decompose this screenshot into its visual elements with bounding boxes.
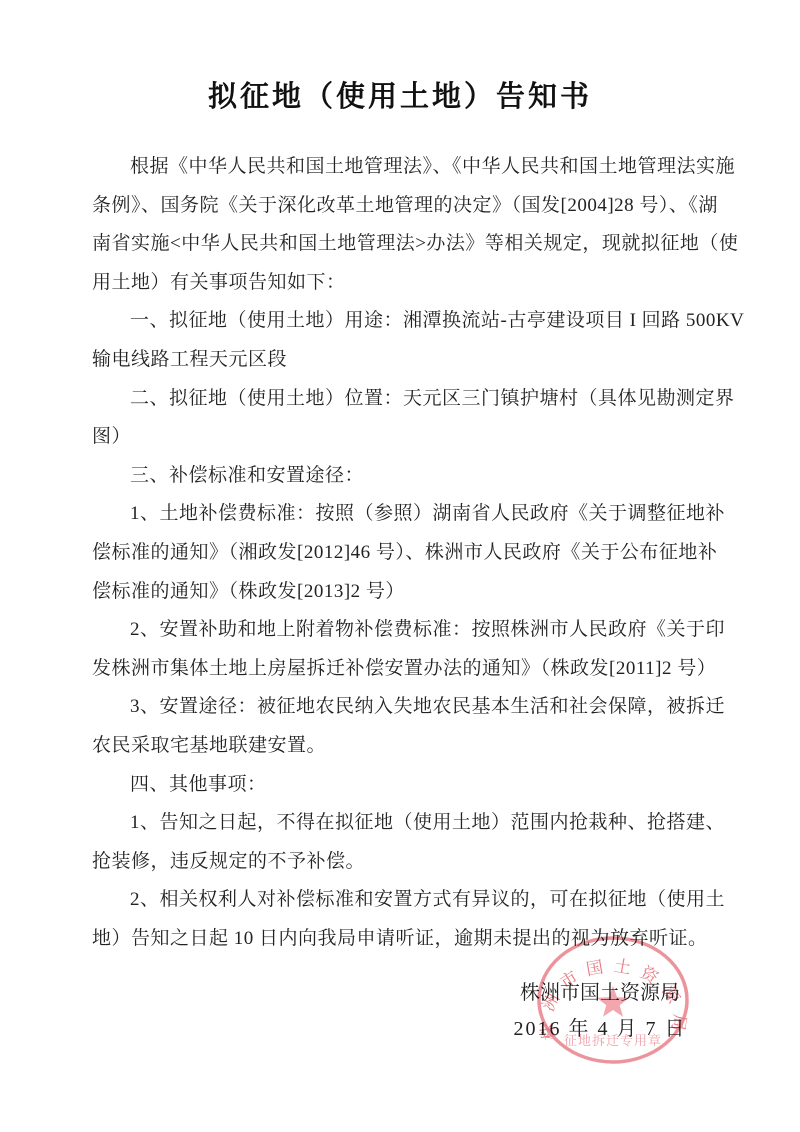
page-title: 拟征地（使用土地）告知书 <box>0 74 800 115</box>
official-seal: 株洲市国土资源局 征地拆迁专用章 <box>523 925 703 1075</box>
body-line: 南省实施<中华人民共和国土地管理法>办法》等相关规定，现就拟征地（使 <box>92 225 712 264</box>
document-page: 拟征地（使用土地）告知书 根据《中华人民共和国土地管理法》、《中华人民共和国土地… <box>0 0 800 1132</box>
body-line: 二、拟征地（使用土地）位置：天元区三门镇护塘村（具体见勘测定界 <box>92 380 712 419</box>
body-line: 根据《中华人民共和国土地管理法》、《中华人民共和国土地管理法实施 <box>92 148 712 187</box>
body-line: 1、告知之日起，不得在拟征地（使用土地）范围内抢栽种、抢搭建、 <box>92 804 712 843</box>
body-line: 抢装修，违反规定的不予补偿。 <box>92 843 712 882</box>
body-line: 3、安置途径：被征地农民纳入失地农民基本生活和社会保障，被拆迁 <box>92 688 712 727</box>
document-body: 根据《中华人民共和国土地管理法》、《中华人民共和国土地管理法实施 条例》、国务院… <box>92 148 712 958</box>
body-line: 农民采取宅基地联建安置。 <box>92 727 712 766</box>
body-line: 用土地）有关事项告知如下： <box>92 264 712 303</box>
body-line: 偿标准的通知》（湘政发[2012]46 号）、株洲市人民政府《关于公布征地补 <box>92 534 712 573</box>
body-line: 2、相关权利人对补偿标准和安置方式有异议的，可在拟征地（使用土 <box>92 881 712 920</box>
body-line: 一、拟征地（使用土地）用途：湘潭换流站-古亭建设项目 I 回路 500KV <box>92 302 712 341</box>
body-line: 图） <box>92 418 712 457</box>
body-line: 1、土地补偿费标准：按照（参照）湖南省人民政府《关于调整征地补 <box>92 495 712 534</box>
body-line: 输电线路工程天元区段 <box>92 341 712 380</box>
body-line: 条例》、国务院《关于深化改革土地管理的决定》（国发[2004]28 号）、《湖 <box>92 187 712 226</box>
seal-bottom-text: 征地拆迁专用章 <box>564 1033 662 1048</box>
body-line: 偿标准的通知》（株政发[2013]2 号） <box>92 573 712 612</box>
body-line: 四、其他事项： <box>92 766 712 805</box>
seal-star-icon <box>597 986 629 1017</box>
body-line: 2、安置补助和地上附着物补偿费标准：按照株洲市人民政府《关于印 <box>92 611 712 650</box>
body-line: 三、补偿标准和安置途径： <box>92 457 712 496</box>
body-line: 发株洲市集体土地上房屋拆迁补偿安置办法的通知》（株政发[2011]2 号） <box>92 650 712 689</box>
